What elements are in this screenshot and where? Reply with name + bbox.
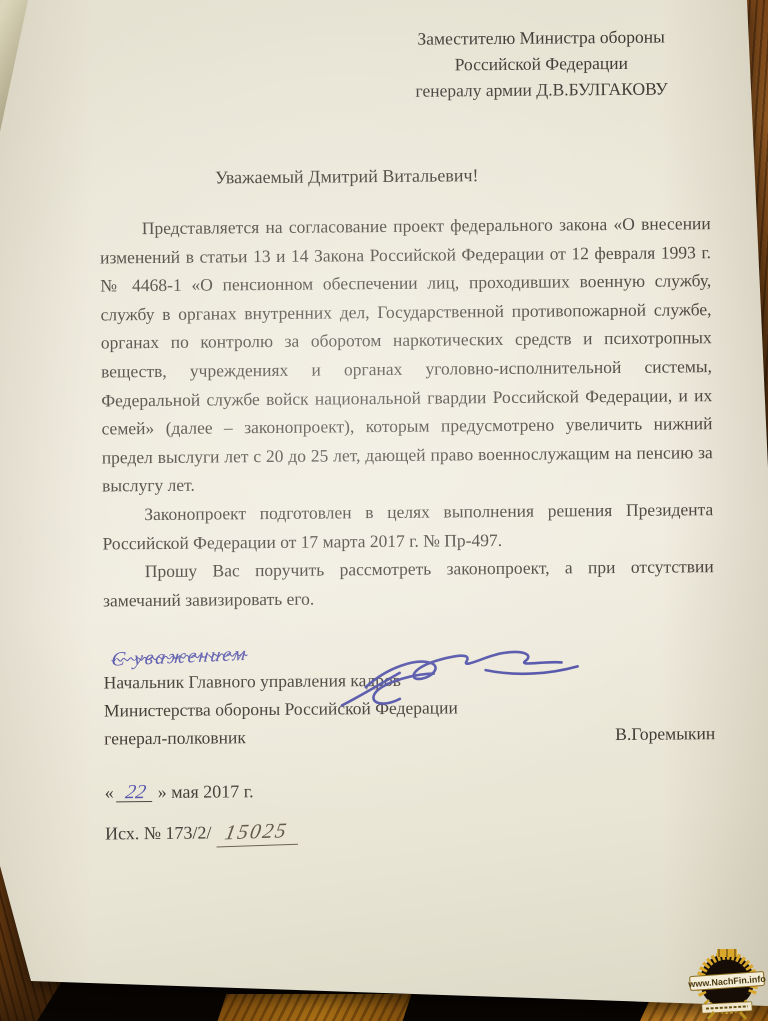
body-paragraph-2: Законопроект подготовлен в целях выполне… xyxy=(102,495,713,558)
paper-sheet: Заместителю Министра обороны Российской … xyxy=(0,0,768,1021)
addressee-line: Российской Федерации xyxy=(373,49,709,78)
date-line: «22» мая 2017 г. xyxy=(105,777,716,803)
signer-rank: генерал-полковник xyxy=(104,724,246,753)
photo-of-document: Заместителю Министра обороны Российской … xyxy=(0,0,768,1021)
letter-body: Представляется на согласование проект фе… xyxy=(100,209,714,615)
ref-label: Исх. № 173/2/ xyxy=(105,823,212,844)
body-paragraph-1: Представляется на согласование проект фе… xyxy=(100,209,713,500)
signature-block: Начальник Главного управления кадров Мин… xyxy=(104,664,716,752)
addressee-block: Заместителю Министра обороны Российской … xyxy=(373,23,710,104)
letter-content: Заместителю Министра обороны Российской … xyxy=(0,0,768,848)
addressee-line: генералу армии Д.В.БУЛГАКОВУ xyxy=(373,75,709,104)
body-paragraph-3: Прошу Вас поручить рассмотреть законопро… xyxy=(103,552,714,615)
date-close-quote: » xyxy=(158,782,167,802)
ref-number-handwritten: 15025 xyxy=(217,818,303,848)
addressee-line: Заместителю Министра обороны xyxy=(373,23,709,52)
date-suffix: мая 2017 г. xyxy=(171,781,254,802)
watermark-badge: www.NachFin.info xyxy=(686,948,768,1020)
day-handwritten: 22 xyxy=(116,783,155,802)
date-open-quote: « xyxy=(105,782,114,802)
outgoing-ref-line: Исх. № 173/2/15025 xyxy=(105,815,716,847)
paper-sheet-wrap: Заместителю Министра обороны Российской … xyxy=(0,0,768,1021)
signer-name: В.Горемыкин xyxy=(615,720,715,748)
salutation: Уважаемый Дмитрий Витальевич! xyxy=(41,164,652,190)
